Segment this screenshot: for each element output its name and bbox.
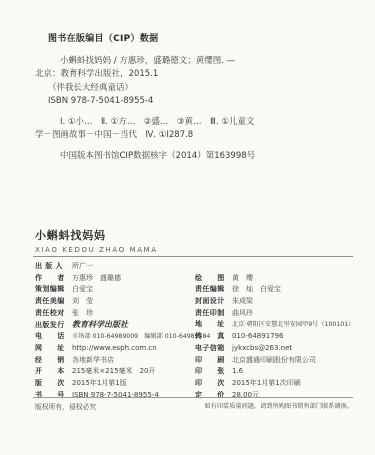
title-block: 小蝌蚪找妈妈 XIAO KEDOU ZHAO MAMA [35,227,158,254]
field-label: 策划编辑 [35,284,72,296]
right-field: 责任印制曲风玲 [195,308,253,320]
right-field: 印 次2015年1月第1次印刷 [195,378,301,390]
copyright-page: 图书在版编目（CIP）数据 小蝌蚪找妈妈 / 方惠珍，盛璐德文；黄缨图. — 北… [0,0,375,455]
colophon-row: 策划编辑白爱宝责任编辑徐 灿 白爱宝 [35,284,365,296]
field-label: 地 址 [195,319,232,331]
colophon-row: 经 销各地新华书店印 刷北京盛通印刷股份有限公司 [35,355,365,367]
right-field: 印 张1.6 [195,366,243,378]
field-label: 电子信箱 [195,343,232,355]
left-field: 责任校对张 珍 [35,309,93,317]
divider [33,397,353,398]
colophon-row: 版 次2015年1月第1版印 次2015年1月第1次印刷 [35,378,365,390]
field-value: 刘 莹 [72,297,93,305]
field-value: http://www.esph.com.cn [72,344,157,352]
field-value: 市场部 010-64989009 编辑部 010-64989584 [72,333,210,340]
field-value: 2015年1月第1版 [72,379,127,387]
left-field: 出版发行教育科学出版社 [35,321,128,329]
left-field: 责任美编刘 莹 [35,297,93,305]
field-label: 责任美编 [35,296,72,308]
left-field: 网 址http://www.esph.com.cn [35,344,157,352]
divider [33,256,353,257]
left-field: 经 销各地新华书店 [35,356,114,364]
field-label: 印 刷 [195,355,232,367]
cip-classification-line: 学－图画故事－中国－当代 Ⅳ. ①I287.8 [35,129,345,143]
colophon-row: 开 本215毫米×215毫米 20开印 张1.6 [35,366,365,378]
right-field: 印 刷北京盛通印刷股份有限公司 [195,355,316,367]
field-value: 215毫米×215毫米 20开 [72,367,156,375]
field-value: 白爱宝 [72,285,93,293]
field-label: 封面设计 [195,296,232,308]
field-value: 黄 缨 [232,274,253,282]
field-label: 电 话 [35,331,72,343]
field-label: 开 本 [35,366,72,378]
field-value: 方惠珍 盛璐德 [72,274,121,282]
cip-isbn: ISBN 978-7-5041-8955-4 [48,95,345,109]
cip-record-number: 中国版本图书馆CIP数据核字（2014）第163998号 [60,150,345,164]
field-value: 北京盛通印刷股份有限公司 [232,356,316,364]
cip-entry-line: 小蝌蚪找妈妈 / 方惠珍，盛璐德文；黄缨图. — [60,55,345,69]
field-label: 网 址 [35,343,72,355]
right-field: 绘 图黄 缨 [195,273,253,285]
right-field: 责任编辑徐 灿 白爱宝 [195,284,281,296]
field-value: 各地新华书店 [72,356,114,364]
book-title: 小蝌蚪找妈妈 [35,227,158,243]
cip-block: 图书在版编目（CIP）数据 小蝌蚪找妈妈 / 方惠珍，盛璐德文；黄缨图. — 北… [35,33,345,163]
field-label: 版 次 [35,378,72,390]
field-value: jykxcbs@263.net [232,344,292,352]
right-field: 电子信箱jykxcbs@263.net [195,343,292,355]
colophon-row: 作 者方惠珍 盛璐德绘 图黄 缨 [35,273,365,285]
field-value: 教育科学出版社 [72,319,128,329]
field-value: 1.6 [232,367,243,375]
copyright-notice: 版权所有，侵权必究 [35,401,96,411]
field-label: 责任印制 [195,308,232,320]
field-value: 010-64891796 [232,332,284,340]
cip-classification-line: Ⅰ. ①小… Ⅱ. ①方… ②盛… ③黄… Ⅲ. ①儿童文 [60,116,345,130]
field-value: 2015年1月第1次印刷 [232,379,301,387]
field-label: 出 版 人 [35,261,72,273]
colophon-row: 出 版 人所广一 [35,261,365,273]
field-value: 曲风玲 [232,309,253,317]
colophon-row: 网 址http://www.esph.com.cn电子信箱jykxcbs@263… [35,343,365,355]
field-label: 绘 图 [195,273,232,285]
right-field: 定 价28.00元 [195,390,259,402]
colophon-row: 责任校对张 珍责任印制曲风玲 [35,308,365,320]
right-field: 传 真010-64891796 [195,331,284,343]
field-label: 印 次 [195,378,232,390]
cip-series: （伴我长大经典童话） [48,82,345,96]
field-label: 责任编辑 [195,284,232,296]
colophon-row: 责任美编刘 莹封面设计朱成梁 [35,296,365,308]
cip-header: 图书在版编目（CIP）数据 [48,33,345,47]
right-field: 地 址北京·朝阳区安慧北里安园甲9号（100101） [195,319,354,331]
colophon-row: 出版发行教育科学出版社地 址北京·朝阳区安慧北里安园甲9号（100101） [35,319,365,331]
field-value: 张 珍 [72,309,93,317]
field-label: 定 价 [195,390,232,402]
quality-exchange-notice: 如有印装质量问题，请到所购图书销售部门联系调换。 [205,401,354,410]
left-field: 电 话市场部 010-64989009 编辑部 010-64989584 [35,332,210,340]
left-field: 开 本215毫米×215毫米 20开 [35,367,156,375]
field-label: 作 者 [35,273,72,285]
left-field: 策划编辑白爱宝 [35,285,93,293]
left-field: 版 次2015年1月第1版 [35,379,127,387]
field-label: 责任校对 [35,308,72,320]
right-field: 封面设计朱成梁 [195,296,253,308]
field-label: 印 张 [195,366,232,378]
colophon-row: 书 号ISBN 978-7-5041-8955-4定 价28.00元 [35,390,365,402]
field-label: 书 号 [35,390,72,402]
field-value: 北京·朝阳区安慧北里安园甲9号（100101） [232,321,354,328]
field-value: 朱成梁 [232,297,253,305]
left-field: 出 版 人所广一 [35,262,93,270]
left-field: 作 者方惠珍 盛璐德 [35,274,121,282]
field-value: 所广一 [72,262,93,270]
colophon-row: 电 话市场部 010-64989009 编辑部 010-64989584传 真0… [35,331,365,343]
field-label: 经 销 [35,355,72,367]
book-title-pinyin: XIAO KEDOU ZHAO MAMA [35,246,158,254]
colophon: 出 版 人所广一作 者方惠珍 盛璐德绘 图黄 缨策划编辑白爱宝责任编辑徐 灿 白… [35,261,365,401]
right-field [195,261,232,273]
field-value: 徐 灿 白爱宝 [232,285,281,293]
cip-entry-line: 北京：教育科学出版社，2015.1 [35,68,345,82]
field-label: 传 真 [195,331,232,343]
